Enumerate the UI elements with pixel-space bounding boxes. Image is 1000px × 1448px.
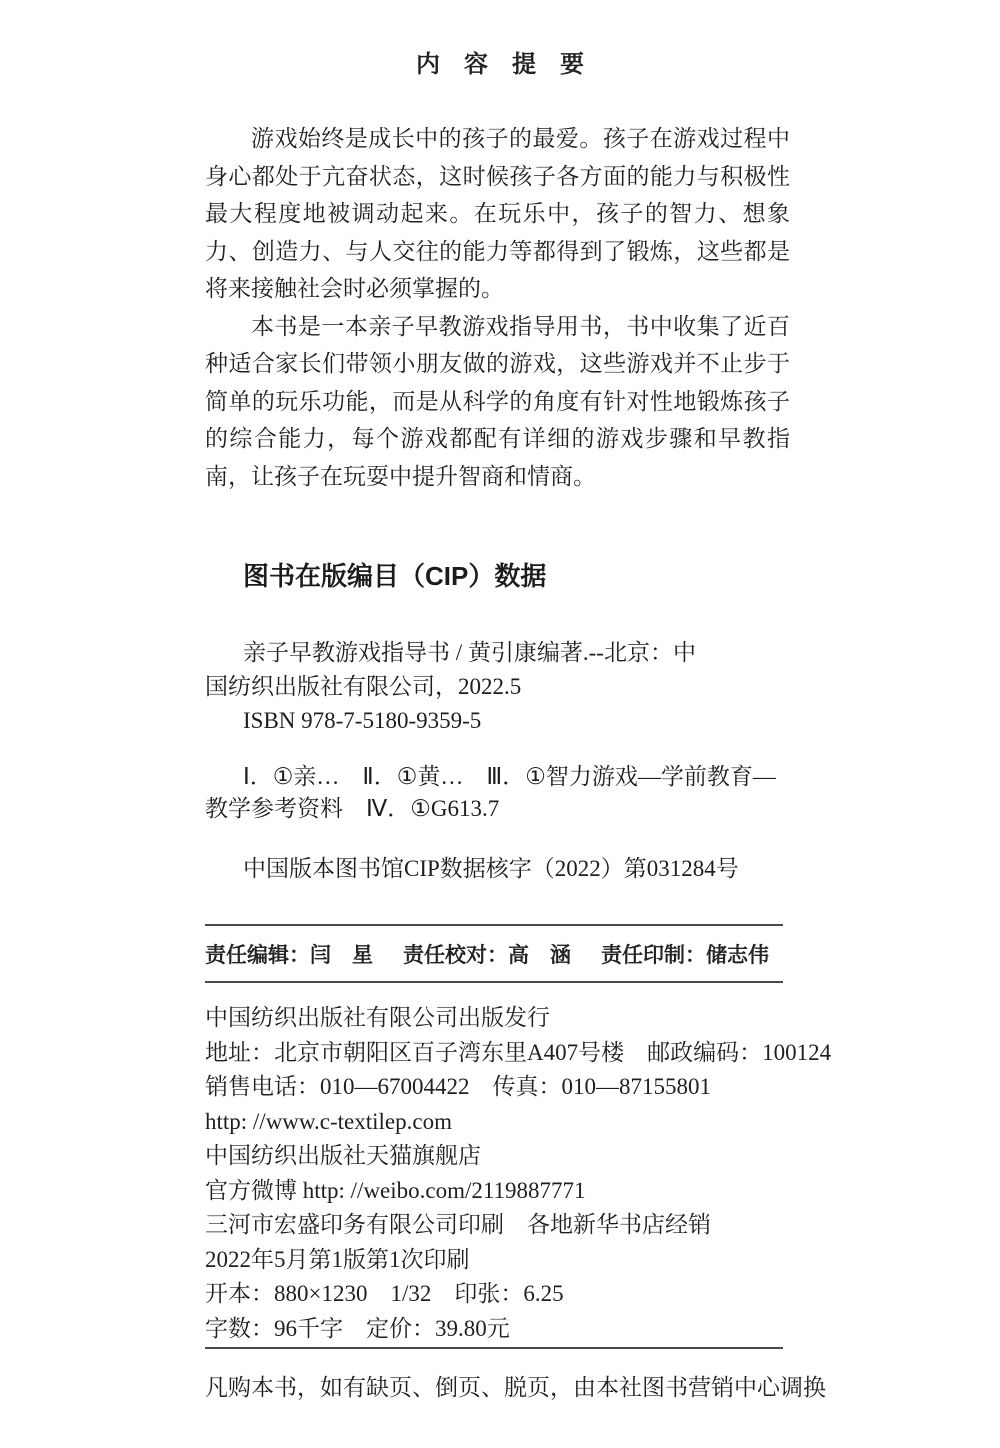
edition-line: 2022年5月第1版第1次印刷 (205, 1243, 825, 1278)
publication-info: 中国纺织出版社有限公司出版发行 地址：北京市朝阳区百子湾东里A407号楼 邮政编… (205, 1001, 825, 1346)
cip-entry-line: 国纺织出版社有限公司，2022.5 (205, 670, 805, 704)
printer-distributor-line: 三河市宏盛印务有限公司印刷 各地新华书店经销 (205, 1208, 825, 1243)
footer-section: 凡购本书，如有缺页、倒页、脱页，由本社图书营销中心调换 (205, 1347, 783, 1403)
copyright-page: 内 容 提 要 游戏始终是成长中的孩子的最爱。孩子在游戏过程中身心都处于亢奋状态… (0, 0, 1000, 1448)
credits-section: 责任编辑：闫 星 责任校对：高 涵 责任印制：储志伟 (205, 924, 783, 983)
summary-paragraph: 本书是一本亲子早教游戏指导用书，书中收集了近百种适合家长们带领小朋友做的游戏，这… (205, 308, 790, 496)
credit-printer: 责任印制：储志伟 (601, 939, 769, 969)
phone-line: 销售电话：010—67004422 传真：010—87155801 (205, 1070, 825, 1105)
credit-proofreader: 责任校对：高 涵 (403, 939, 571, 969)
tmall-store-line: 中国纺织出版社天猫旗舰店 (205, 1139, 825, 1174)
replacement-notice: 凡购本书，如有缺页、倒页、脱页，由本社图书营销中心调换 (205, 1373, 783, 1403)
website-line: http: //www.c-textilep.com (205, 1105, 825, 1140)
divider-rule (205, 1347, 783, 1349)
format-line: 开本：880×1230 1/32 印张：6.25 (205, 1277, 825, 1312)
weibo-line: 官方微博 http: //weibo.com/2119887771 (205, 1174, 825, 1209)
cip-section: 图书在版编目（CIP）数据 亲子早教游戏指导书 / 黄引康编著.--北京：中 国… (205, 560, 805, 885)
address-line: 地址：北京市朝阳区百子湾东里A407号楼 邮政编码：100124 (205, 1036, 825, 1071)
cip-entry-line: 亲子早教游戏指导书 / 黄引康编著.--北京：中 (205, 636, 805, 670)
cip-isbn: ISBN 978-7-5180-9359-5 (205, 704, 805, 738)
summary-paragraph: 游戏始终是成长中的孩子的最爱。孩子在游戏过程中身心都处于亢奋状态，这时候孩子各方… (205, 120, 790, 308)
price-line: 字数：96千字 定价：39.80元 (205, 1312, 825, 1347)
credits-row: 责任编辑：闫 星 责任校对：高 涵 责任印制：储志伟 (205, 926, 783, 981)
content-summary: 游戏始终是成长中的孩子的最爱。孩子在游戏过程中身心都处于亢奋状态，这时候孩子各方… (205, 120, 790, 495)
cip-heading: 图书在版编目（CIP）数据 (243, 560, 805, 592)
cip-classification: Ⅰ．①亲… Ⅱ．①黄… Ⅲ．①智力游戏—学前教育— 教学参考资料 Ⅳ．①G613… (205, 761, 805, 825)
page-title: 内 容 提 要 (0, 44, 1000, 79)
cip-entry: 亲子早教游戏指导书 / 黄引康编著.--北京：中 国纺织出版社有限公司，2022… (205, 636, 805, 738)
cip-classification-line: 教学参考资料 Ⅳ．①G613.7 (205, 793, 805, 825)
cip-record-number: 中国版本图书馆CIP数据核字（2022）第031284号 (205, 853, 805, 885)
publisher-line: 中国纺织出版社有限公司出版发行 (205, 1001, 825, 1036)
credit-editor: 责任编辑：闫 星 (205, 939, 373, 969)
cip-classification-line: Ⅰ．①亲… Ⅱ．①黄… Ⅲ．①智力游戏—学前教育— (205, 761, 805, 793)
divider-rule (205, 981, 783, 983)
